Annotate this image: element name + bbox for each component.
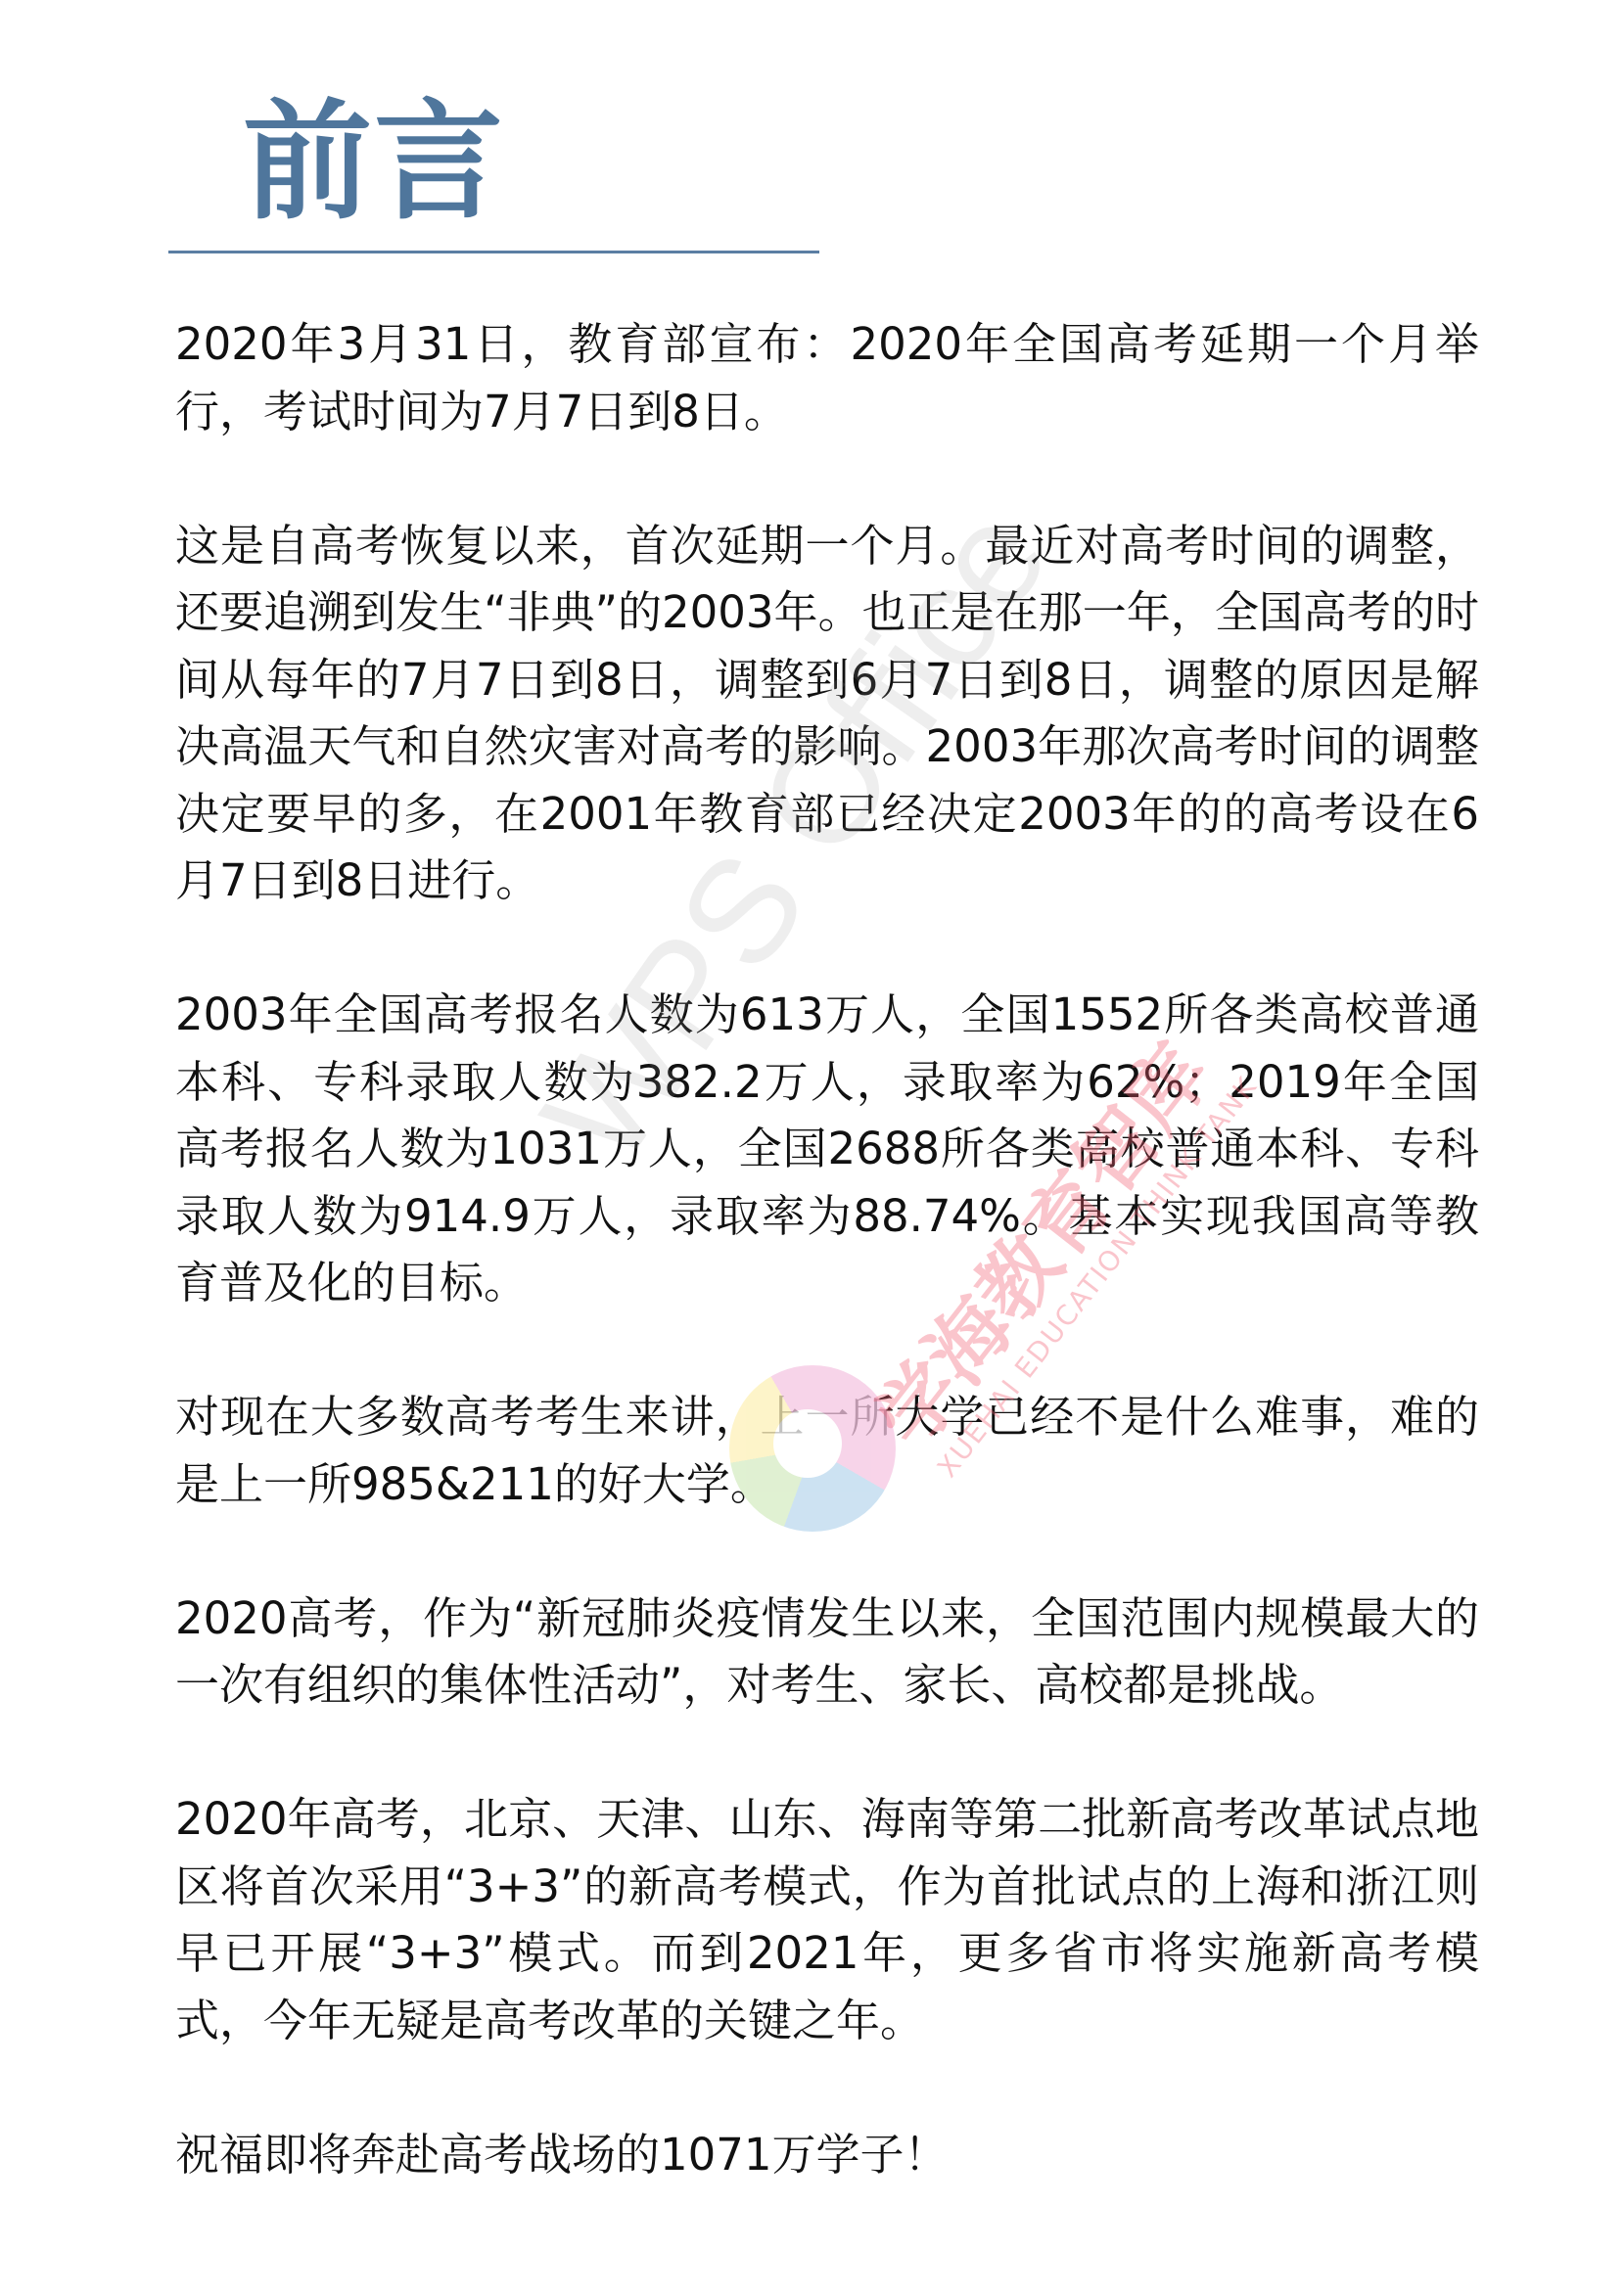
paragraph: 2020年高考，北京、天津、山东、海南等第二批新高考改革试点地区将首次采用“3+… [175,1786,1479,2054]
xuehai-logo-icon [729,1365,896,1532]
paragraph: 2020年3月31日，教育部宣布：2020年全国高考延期一个月举行，考试时间为7… [175,311,1479,445]
title-divider [168,251,819,253]
document-body: 2020年3月31日，教育部宣布：2020年全国高考延期一个月举行，考试时间为7… [175,311,1479,2256]
paragraph: 2003年全国高考报名人数为613万人，全国1552所各类高校普通本科、专科录取… [175,982,1479,1317]
paragraph: 祝福即将奔赴高考战场的1071万学子！ [175,2122,1479,2189]
page-title: 前言 [243,94,505,231]
paragraph: 2020高考，作为“新冠肺炎疫情发生以来，全国范围内规模最大的一次有组织的集体性… [175,1585,1479,1720]
